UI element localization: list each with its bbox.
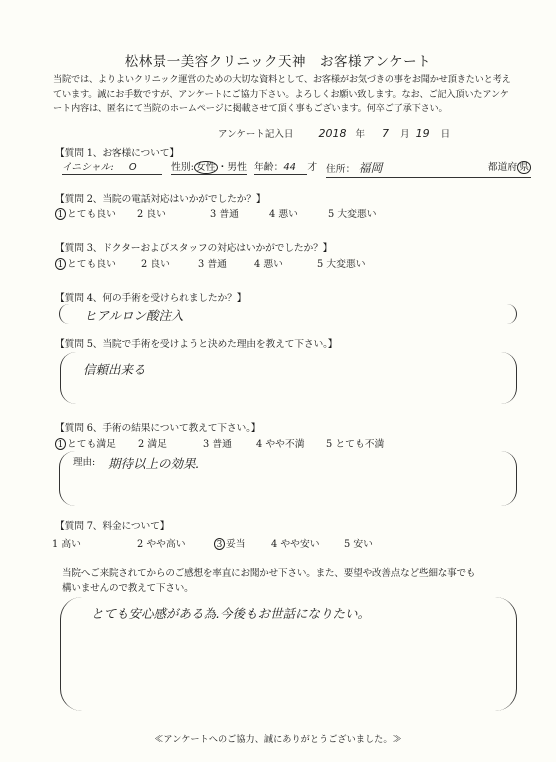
q6-option-1[interactable]: 1とても満足 (55, 436, 116, 450)
q6-option-2[interactable]: 2 満足 (138, 436, 167, 450)
option-label: とても満足 (67, 439, 116, 450)
age-unit: 才 (307, 162, 317, 173)
q4-answer-box[interactable]: ヒアルロン酸注入 (59, 304, 517, 324)
prefecture-fu[interactable]: 府 (507, 162, 517, 173)
q6-reason: 期待以上の効果. (108, 454, 199, 472)
q2-option-3[interactable]: 3 普通 (210, 206, 239, 220)
day-unit: 日 (441, 129, 451, 140)
date-month-field[interactable]: 7 (382, 127, 389, 140)
comments-answer: とても安心感がある為.今後もお世話になりたい。 (91, 604, 370, 622)
date-label: アンケート記入日 (218, 129, 293, 140)
q3-option-4[interactable]: 4 悪い (254, 256, 283, 270)
prefecture-options: 都道府県 (488, 159, 531, 173)
selected-circle-icon: 1 (55, 208, 66, 220)
age-field[interactable]: 年齢：44才 (254, 159, 317, 173)
q6-title: 【質問 6、手術の結果について教えて下さい。】 (55, 420, 260, 434)
selected-circle-icon: 1 (55, 258, 66, 270)
q7-options: 1 高い 2 やや高い 3妥当 4 やや安い 5 安い (52, 536, 472, 552)
q7-option-3[interactable]: 3妥当 (214, 536, 246, 550)
q6-option-3[interactable]: 3 普通 (203, 436, 232, 450)
q2-option-5[interactable]: 5 大変悪い (328, 206, 377, 220)
address-value: 福岡 (359, 161, 383, 175)
intro-line: ート内容は、匿名にて当院のホームページに掲載させて頂く事もございます。何卒ご了承… (53, 102, 513, 117)
q5-title: 【質問 5、当院で手術を受けようと決めた理由を教えて下さい。】 (55, 336, 337, 350)
date-day-field[interactable]: 19 (416, 127, 430, 140)
gender-label: 性別: (171, 162, 194, 173)
q6-option-5[interactable]: 5 とても不満 (326, 436, 384, 450)
date-row: アンケート記入日 2018 年 7 月 19 日 (218, 126, 450, 140)
comments-answer-box[interactable]: とても安心感がある為.今後もお世話になりたい。 (60, 597, 517, 711)
gender-field[interactable]: 性別:女性・男性 (171, 159, 247, 175)
intro-line: 当院では、よりよいクリニック運営のための大切な資料として、お客様がお気づきの事を… (53, 73, 513, 88)
comments-prompt: 当院へご来院されてからのご感想を率直にお聞かせ下さい。また、要望や改善点など些細… (62, 566, 522, 596)
q4-title: 【質問 4、何の手術を受けられましたか？】 (55, 290, 246, 304)
q7-option-1[interactable]: 1 高い (52, 536, 81, 550)
prefecture-do[interactable]: 道 (498, 162, 508, 173)
initial-value: O (129, 162, 137, 173)
q6-option-4[interactable]: 4 やや不満 (256, 436, 305, 450)
prefecture-to[interactable]: 都 (488, 162, 498, 173)
q7-title: 【質問 7、料金について】 (55, 518, 169, 532)
q7-option-2[interactable]: 2 やや高い (137, 536, 186, 550)
q6-reason-label: 理由: (73, 454, 95, 468)
gender-separator: ・ (218, 162, 228, 173)
q1-title: 【質問 1、お客様について】 (55, 145, 179, 159)
intro-text: 当院では、よりよいクリニック運営のための大切な資料として、お客様がお気づきの事を… (53, 73, 513, 117)
initial-field[interactable]: イニシャル: O (62, 159, 162, 175)
date-year-field[interactable]: 2018 (318, 127, 346, 140)
gender-male-option[interactable]: 男性 (227, 162, 247, 173)
q3-option-1[interactable]: 1とても良い (55, 256, 116, 270)
option-label: 妥当 (226, 539, 246, 550)
gender-female-option[interactable]: 女性 (194, 161, 218, 174)
q7-option-5[interactable]: 5 安い (344, 536, 373, 550)
q7-option-4[interactable]: 4 やや安い (271, 536, 320, 550)
q4-answer: ヒアルロン酸注入 (84, 306, 184, 324)
prefecture-ken[interactable]: 県 (517, 161, 531, 174)
q3-option-3[interactable]: 3 普通 (198, 256, 227, 270)
thanks-footer: ≪アンケートへのご協力、誠にありがとうございました。≫ (0, 731, 556, 745)
q3-option-2[interactable]: 2 良い (141, 256, 170, 270)
month-unit: 月 (400, 129, 410, 140)
q3-option-5[interactable]: 5 大変悪い (317, 256, 366, 270)
q5-answer: 信頼出来る (83, 360, 146, 378)
comments-prompt-line: 当院へご来院されてからのご感想を率直にお聞かせ下さい。また、要望や改善点など些細… (62, 566, 522, 581)
age-value: 44 (283, 162, 307, 173)
q3-options: 1とても良い 2 良い 3 普通 4 悪い 5 大変悪い (55, 256, 475, 272)
selected-circle-icon: 3 (214, 538, 225, 550)
survey-title: 松林景一美容クリニック天神 お客様アンケート (0, 50, 556, 70)
comments-prompt-line: 構いませんので教えて下さい。 (62, 581, 522, 596)
q2-option-1[interactable]: 1とても良い (55, 206, 116, 220)
address-label: 住所： (326, 164, 355, 175)
initial-label: イニシャル: (62, 162, 114, 173)
q6-reason-box[interactable]: 理由: 期待以上の効果. (59, 451, 517, 506)
year-unit: 年 (356, 129, 366, 140)
address-field[interactable]: 住所： 福岡 都道府県 (326, 159, 531, 178)
q2-option-2[interactable]: 2 良い (137, 206, 166, 220)
q2-options: 1とても良い 2 良い 3 普通 4 悪い 5 大変悪い (55, 206, 475, 222)
q1-fields: イニシャル: O 性別:女性・男性 年齢：44才 住所： 福岡 都道府県 (62, 159, 532, 175)
age-label: 年齢： (254, 162, 283, 173)
option-label: とても良い (67, 259, 116, 270)
q5-answer-box[interactable]: 信頼出来る (60, 352, 517, 404)
q2-option-4[interactable]: 4 悪い (269, 206, 298, 220)
q2-title: 【質問 2、当院の電話対応はいかがでしたか？】 (55, 191, 265, 205)
option-label: とても良い (67, 209, 116, 220)
q3-title: 【質問 3、ドクターおよびスタッフの対応はいかがでしたか？】 (55, 240, 332, 254)
intro-line: ています。誠にお手数ですが、アンケートにご協力下さい。よろしくお願い致します。な… (53, 88, 513, 103)
selected-circle-icon: 1 (55, 438, 66, 450)
q6-options: 1とても満足 2 満足 3 普通 4 やや不満 5 とても不満 (55, 436, 475, 452)
